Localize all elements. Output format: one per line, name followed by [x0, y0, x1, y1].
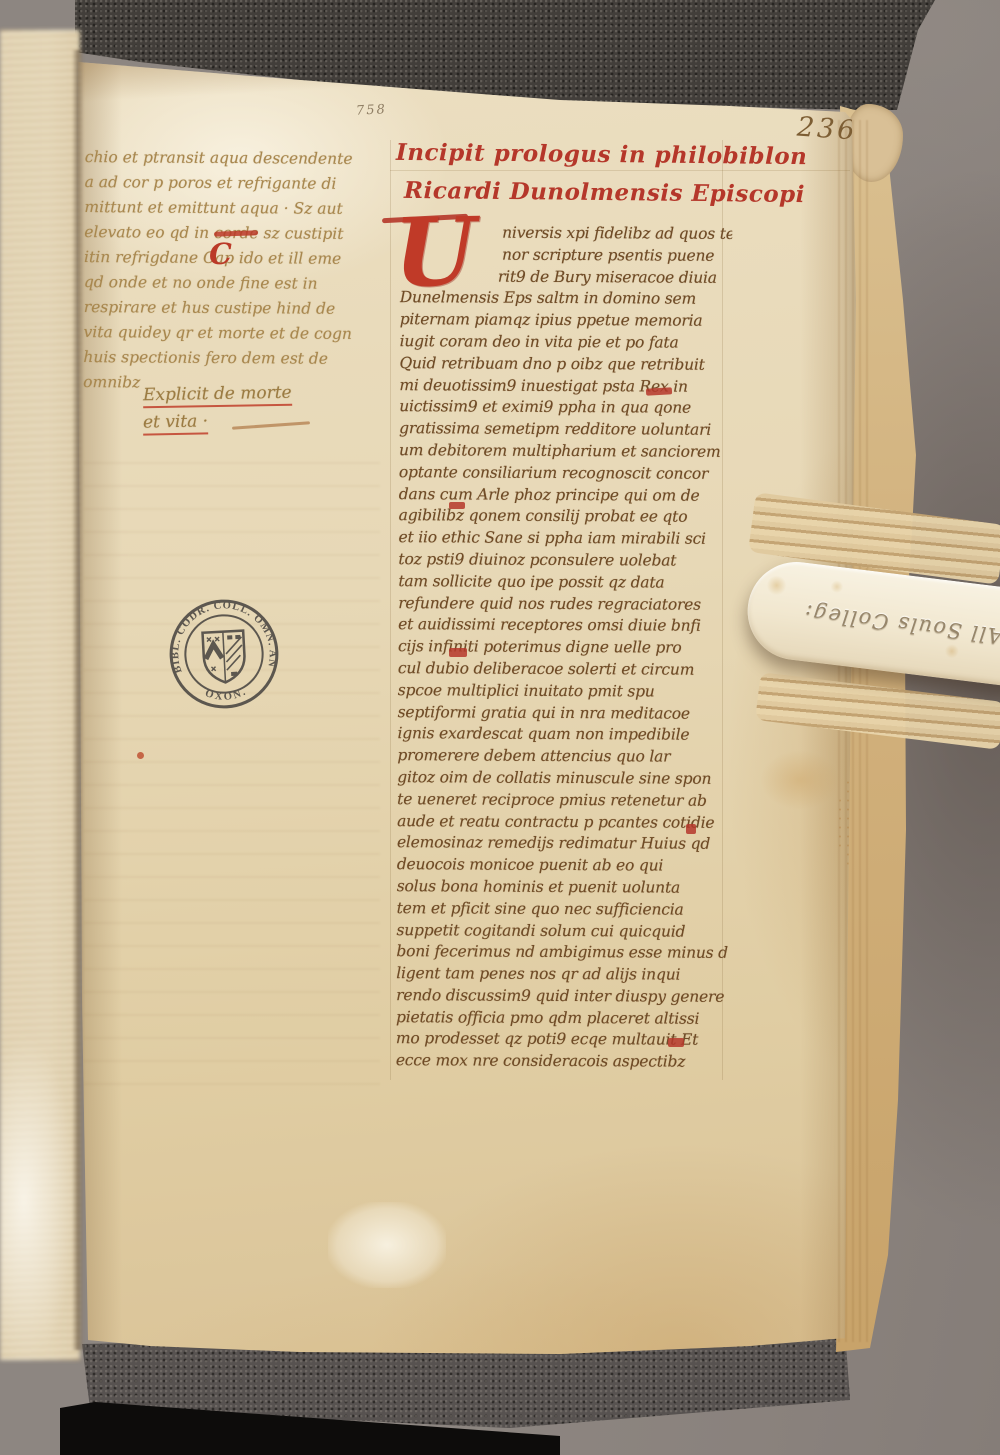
rubric-touch	[668, 1038, 684, 1047]
manuscript-text-line: mi deuotissim9 inuestigat psta Rex in	[399, 375, 731, 399]
manuscript-text-line: ignis exardescat quam non impedibile	[397, 723, 729, 747]
manuscript-text-line: boni fecerimus nd ambigimus esse minus d…	[396, 941, 728, 965]
left-column-line: a ad cor p poros et refrigante di	[85, 170, 357, 197]
stamp-shield	[203, 631, 246, 684]
manuscript-text-line: gitoz oim de collatis minuscule sine spo…	[397, 767, 729, 791]
stain	[760, 750, 840, 810]
manuscript-text-line: rendo discussim9 quid inter diuspy gener…	[396, 985, 728, 1009]
main-text-column: niversis xpi fidelibz ad quos tenor scri…	[396, 222, 732, 1074]
left-column-line: respirare et hus custipe hind de	[84, 295, 356, 322]
manuscript-text-line: et auidissimi receptores omsi diuie bnfi	[398, 614, 730, 638]
manuscript-text-line: promerere debem attencius quo lar	[397, 745, 729, 769]
manuscript-text-line: uictissim9 et eximi9 ppha in qua qone	[399, 397, 731, 421]
manuscript-text-line: agibilibz qonem consilij probat ee qto	[399, 505, 731, 529]
left-column-line: huis spectionis fero dem est de	[83, 345, 355, 372]
manuscript-text-line: elemosinaz remedijs redimatur Huius qd	[397, 832, 729, 856]
explicit-rubric-line: Explicit de morte	[143, 383, 292, 409]
manuscript-text-line: solus bona hominis et puenit uolunta	[397, 876, 729, 900]
left-column-line: qd onde et no onde fine est in	[84, 270, 356, 297]
manuscript-text-line: et iio ethic Sane si ppha iam mirabili s…	[399, 527, 731, 551]
fore-edge-shadow	[72, 50, 84, 1350]
ruling-line	[390, 170, 850, 171]
rubric-touch	[686, 824, 696, 834]
manuscript-text-line: tam sollicite quo ipe possit qz data	[398, 571, 730, 595]
manuscript-text-line: optante consiliarium recognoscit concor	[399, 462, 731, 486]
manuscript-text-line: cul dubio deliberacoe solerti et circum	[398, 658, 730, 682]
manuscript-text-line: aude et reatu contractu p pcantes cotidi…	[397, 811, 729, 835]
stamp-bottom-text: OXON.	[203, 685, 249, 704]
manuscript-photo: 758 236. chio et ptransit aqua descenden…	[0, 0, 1000, 1455]
bookmark-inscription: All Souls Colleg:	[802, 600, 1000, 648]
pencil-foliation: 758	[356, 102, 388, 119]
manuscript-text-line: te ueneret reciproce pmius retenetur ab	[397, 789, 729, 813]
manuscript-text-line: iugit coram deo in vita pie et po fata	[400, 331, 732, 355]
manuscript-text-line: pietatis officia pmo qdm placeret altiss…	[396, 1007, 728, 1031]
manuscript-text-line: ecce mox nre consideracois aspectibz	[396, 1050, 728, 1074]
manuscript-text-line: spcoe multiplici inuitato pmit spu	[398, 680, 730, 704]
rubric-touch	[449, 502, 465, 509]
svg-text:OXON.: OXON.	[203, 685, 249, 704]
ruling-line	[390, 140, 391, 1080]
stain	[328, 1202, 446, 1288]
manuscript-text-line: piternam piamqz ipius ppetue memoria	[400, 309, 732, 333]
rubricated-initial: C	[208, 237, 232, 272]
manuscript-text-line: gratissima semetipm redditore uoluntari	[399, 418, 731, 442]
manuscript-text-line: um debitorem multipharium et sanciorem	[399, 440, 731, 464]
manuscript-text-line: niversis xpi fidelibz ad quos te	[502, 223, 732, 246]
fore-edge-stack	[0, 30, 80, 1360]
manuscript-text-line: toz psti9 diuinoz pconsulere uolebat	[398, 549, 730, 573]
manuscript-text-line: suppetit cogitandi solum cui quicquid	[396, 920, 728, 944]
manuscript-text-line: tem et pficit sine quo nec sufficiencia	[397, 898, 729, 922]
manuscript-text-line: ligent tam penes nos qr ad alijs inqui	[396, 963, 728, 987]
left-column-line: vita quidey qr et morte et de cogn	[83, 320, 355, 347]
ink-showthrough	[84, 445, 380, 1085]
manuscript-text-line: Dunelmensis Eps saltm in domino sem	[400, 288, 732, 312]
left-column-line: mittunt et emittunt aqua · Sz aut	[84, 195, 356, 222]
red-speck	[137, 752, 144, 759]
incipit-rubric-line: Incipit prologus in philobiblon	[396, 139, 808, 170]
rubric-touch	[449, 648, 467, 657]
manuscript-text-line: refundere quid nos rudes regraciatores	[398, 593, 730, 617]
manuscript-text-line: deuocois monicoe puenit ab eo qui	[397, 854, 729, 878]
flourish-stroke	[232, 421, 310, 429]
manuscript-text-line: septiformi gratia qui in nra meditacoe	[398, 702, 730, 726]
manuscript-text-line: rit9 de Bury miseracoe diuia	[498, 266, 732, 289]
manuscript-text-line: cijs infiniti poterimus digne uelle pro	[398, 636, 730, 660]
manuscript-text-line: Quid retribuam dno p oibz que retribuit	[399, 353, 731, 377]
rubric-touch	[646, 387, 672, 395]
manuscript-text-line: nor scripture psentis puene	[502, 244, 732, 267]
left-column-line: chio et ptransit aqua descendente	[85, 145, 357, 172]
library-stamp: BIBL. CODR. COLL. OMN. ANIM. OXON.	[166, 590, 282, 718]
explicit-rubric-line: et vita ·	[143, 411, 209, 435]
